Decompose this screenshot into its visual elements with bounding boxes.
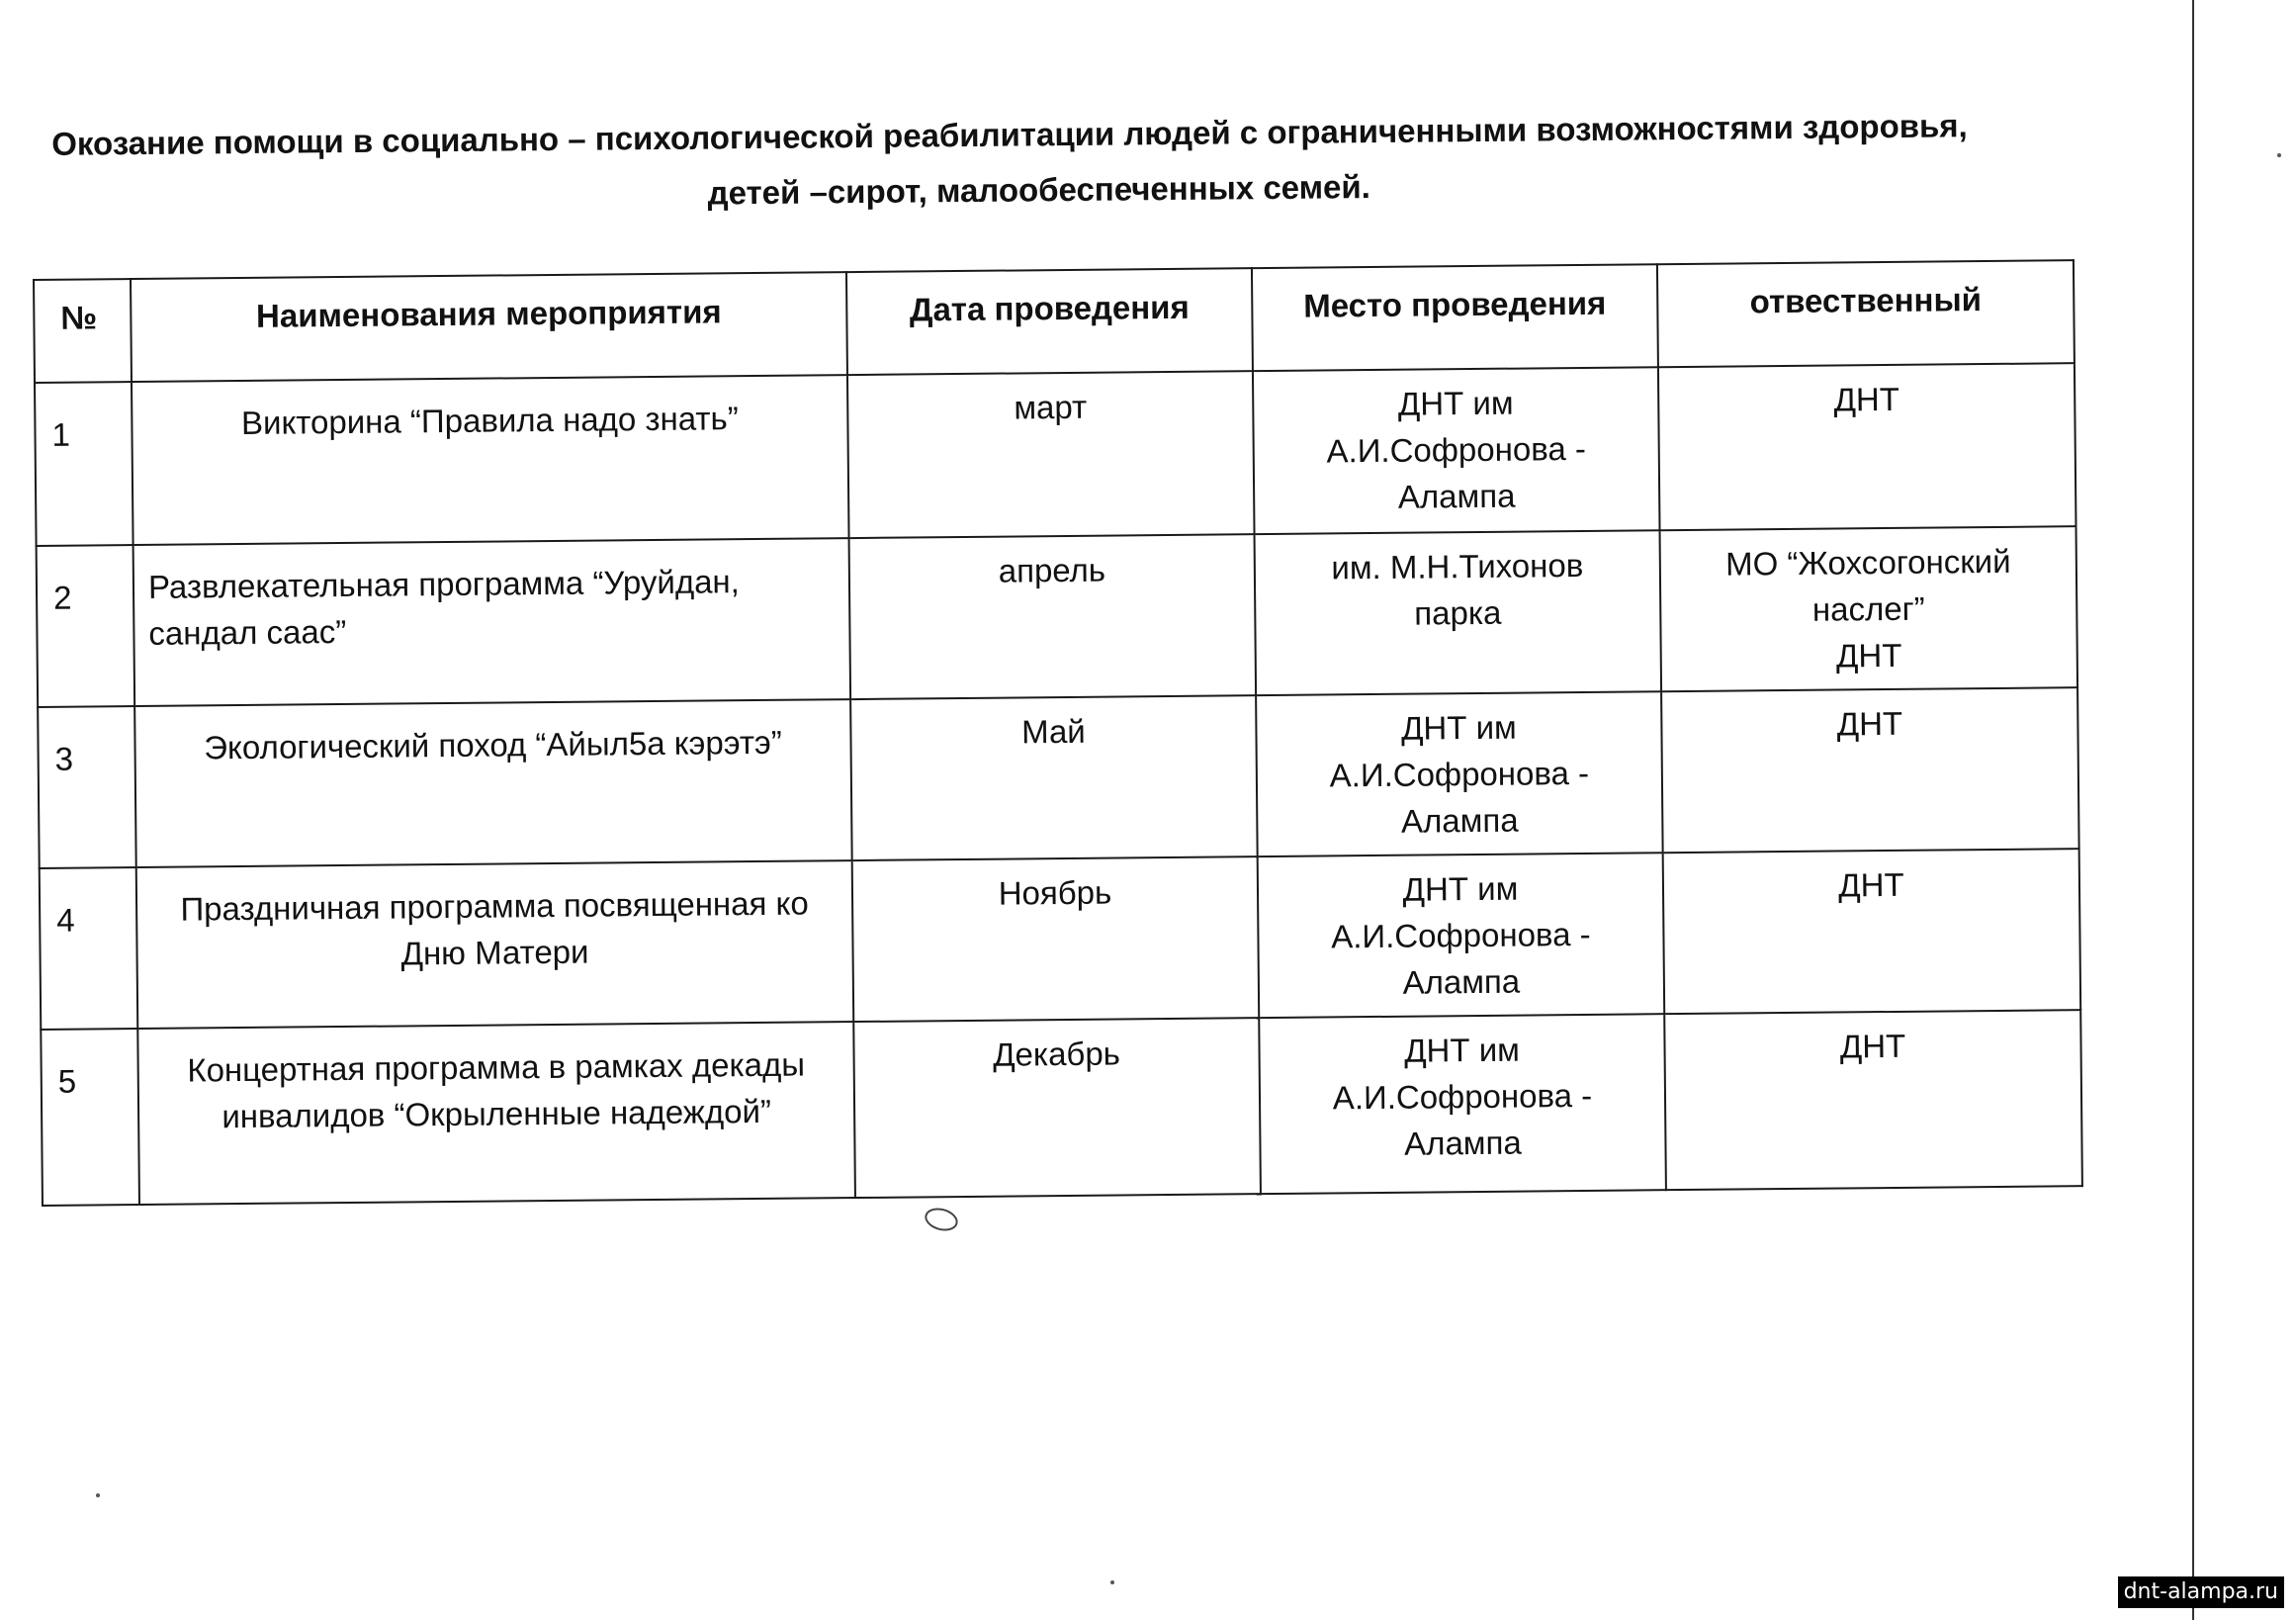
site-watermark: dnt-alampa.ru (2118, 1576, 2284, 1608)
cell-text-line: А.И.Софронова - (1271, 1071, 1654, 1122)
cell-place: ДНТ имА.И.Софронова -Алампа (1259, 1014, 1666, 1194)
cell-text-line: ДНТ (1669, 374, 2064, 424)
cell-text-line: А.И.Софронова - (1269, 910, 1652, 960)
cell-place: им. М.Н.Тихоновпарка (1255, 530, 1662, 695)
cell-text-line: ДНТ (1672, 698, 2067, 749)
cell-text-line: Концертная программа в рамках декады (148, 1040, 842, 1094)
table-row: 4Праздничная программа посвященная коДню… (40, 849, 2080, 1030)
cell-num: 4 (40, 867, 138, 1030)
header-place: Место проведения (1252, 264, 1658, 371)
cell-text-line: ДНТ (1675, 1021, 2070, 1071)
cell-text-line: сандал саас” (148, 603, 839, 657)
header-name: Наименования мероприятия (131, 272, 847, 382)
page-edge-line (2192, 0, 2194, 1620)
cell-text-line: Алампа (1268, 795, 1651, 846)
cell-responsible: ДНТ (1663, 849, 2081, 1014)
header-responsible: отвественный (1657, 260, 2075, 367)
cell-event-name: Викторина “Правила надо знать” (132, 375, 849, 545)
table-row: 3Экологический поход “Айыл5а кэрэтэ”МайД… (38, 687, 2078, 868)
cell-text-line: Алампа (1270, 956, 1653, 1007)
cell-num: 3 (38, 706, 136, 868)
cell-text-line: Алампа (1271, 1118, 1654, 1168)
cell-text-line: Праздничная программа посвященная ко (147, 879, 841, 933)
table-row: 2Развлекательная программа “Уруйдан,санд… (37, 526, 2077, 707)
table-body: 1Викторина “Правила надо знать”мартДНТ и… (35, 363, 2082, 1206)
cell-place: ДНТ имА.И.Софронова -Алампа (1258, 853, 1665, 1018)
cell-num: 2 (37, 545, 135, 707)
cell-text-line: Викторина “Правила надо знать” (142, 394, 837, 447)
scan-speck (1110, 1580, 1114, 1584)
scan-speck (2277, 153, 2281, 157)
cell-date: март (847, 371, 1255, 538)
table-row: 1Викторина “Правила надо знать”мартДНТ и… (35, 363, 2075, 546)
cell-responsible: ДНТ (1661, 687, 2079, 853)
cell-text-line: инвалидов “Окрыленные надеждой” (149, 1087, 843, 1140)
cell-text-line: А.И.Софронова - (1268, 749, 1651, 799)
cell-text-line: ДНТ (1672, 630, 2067, 680)
cell-event-name: Праздничная программа посвященная коДню … (136, 860, 854, 1029)
cell-text-line: им. М.Н.Тихонов (1266, 541, 1649, 591)
events-table: № Наименования мероприятия Дата проведен… (33, 259, 2083, 1207)
cell-text-line: Дню Матери (147, 926, 841, 979)
cell-text-line: ДНТ (1674, 859, 2069, 910)
table-row: 5Концертная программа в рамках декадыинв… (41, 1010, 2082, 1206)
cell-event-name: Концертная программа в рамках декадыинва… (137, 1022, 855, 1205)
cell-text-line: А.И.Софронова - (1265, 424, 1648, 475)
cell-text-line: ДНТ им (1264, 378, 1647, 428)
table-header-row: № Наименования мероприятия Дата проведен… (34, 260, 2075, 383)
cell-num: 5 (41, 1029, 139, 1206)
cell-event-name: Развлекательная программа “Уруйдан,санда… (133, 538, 851, 706)
page-title: Окозание помощи в социально – психологич… (40, 98, 2038, 227)
cell-responsible: ДНТ (1658, 363, 2076, 530)
cell-date: апрель (849, 534, 1257, 699)
cell-responsible: ДНТ (1664, 1010, 2082, 1190)
scan-speck (96, 1493, 100, 1497)
cell-text-line: Экологический поход “Айыл5а кэрэтэ” (145, 718, 839, 771)
cell-text-line: ДНТ им (1267, 702, 1650, 753)
cell-text-line: МО “Жохсогонский (1671, 537, 2066, 587)
pen-mark (923, 1205, 961, 1234)
header-date: Дата проведения (846, 268, 1253, 375)
cell-text-line: ДНТ им (1270, 1025, 1653, 1075)
cell-text-line: наслег” (1671, 584, 2066, 634)
cell-num: 1 (35, 382, 133, 546)
events-table-container: № Наименования мероприятия Дата проведен… (33, 259, 2081, 1207)
cell-date: Ноябрь (852, 856, 1260, 1022)
cell-place: ДНТ имА.И.Софронова -Алампа (1256, 691, 1663, 856)
cell-place: ДНТ имА.И.Софронова -Алампа (1253, 367, 1660, 534)
cell-text-line: Развлекательная программа “Уруйдан, (148, 557, 839, 610)
header-num: № (34, 279, 132, 383)
cell-responsible: МО “Жохсогонскийнаслег”ДНТ (1660, 526, 2078, 691)
cell-date: Май (850, 695, 1258, 860)
cell-event-name: Экологический поход “Айыл5а кэрэтэ” (134, 699, 852, 867)
cell-text-line: ДНТ им (1269, 863, 1652, 914)
cell-date: Декабрь (853, 1018, 1261, 1198)
cell-text-line: парка (1266, 587, 1649, 638)
cell-text-line: Алампа (1265, 471, 1648, 521)
